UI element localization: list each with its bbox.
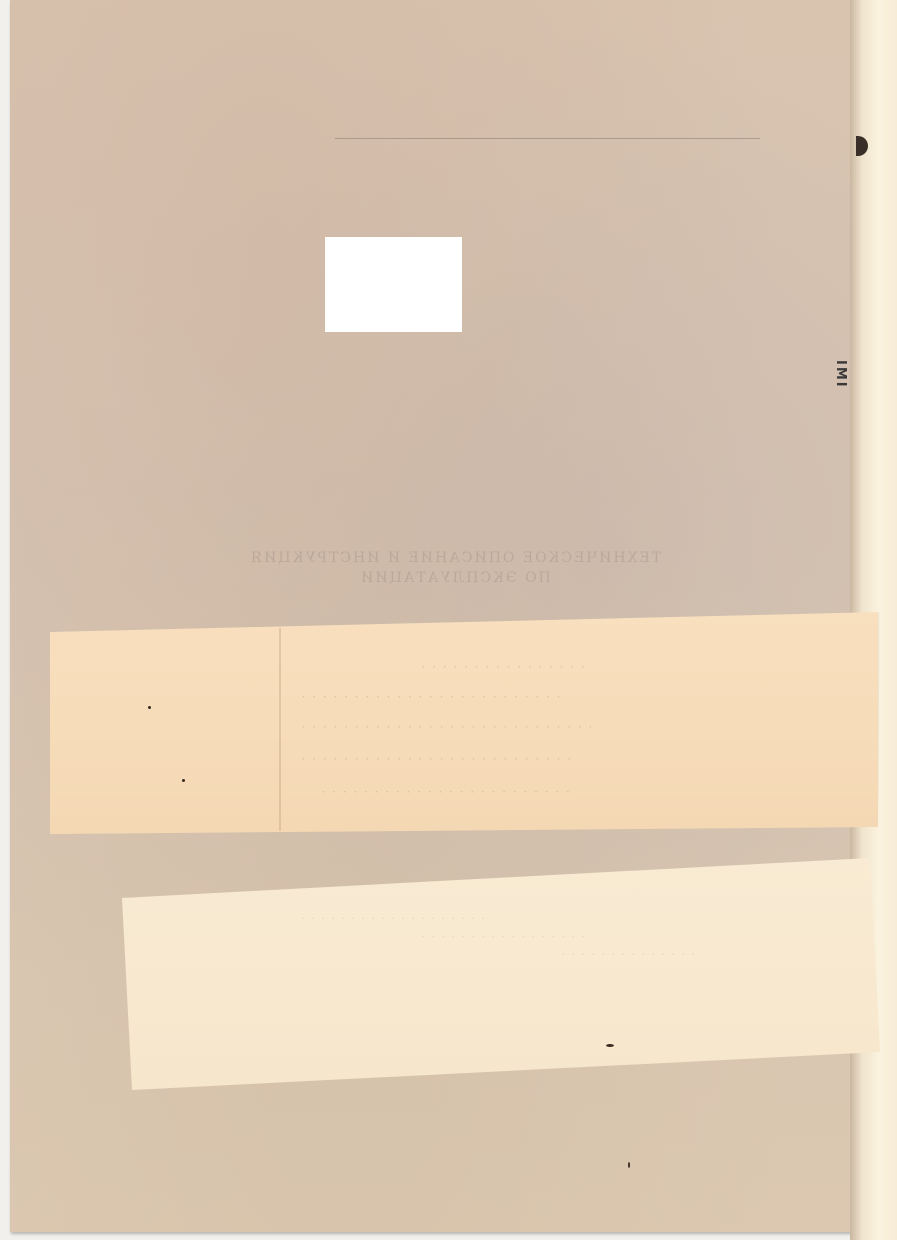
strip2-faint-line: · · · · · · · · · · · · · · [560, 948, 695, 961]
faint-rule-line [335, 138, 760, 139]
spine-label: IMI [833, 360, 848, 389]
paper-speck [606, 1044, 614, 1047]
pasted-paper-strip-2 [122, 858, 880, 1090]
strip1-faint-line: · · · · · · · · · · · · · · · · · · · · … [320, 785, 570, 799]
strip1-faint-line: · · · · · · · · · · · · · · · · · · · · … [300, 752, 571, 766]
strip1-faint-line: · · · · · · · · · · · · · · · · · · · · … [300, 720, 592, 734]
paper-speck [628, 1162, 630, 1168]
bleed-through-title: ТЕХНИЧЕСКОЕ ОПИСАНИЕ И ИНСТРУКЦИЯ [190, 550, 720, 566]
bleed-through-subtitle: ПО ЭКСПЛУАТАЦИИ [190, 570, 720, 586]
strip1-faint-line: · · · · · · · · · · · · · · · · [420, 660, 585, 674]
strip2-faint-line: · · · · · · · · · · · · · · · · · · · [300, 912, 485, 925]
paper-speck [182, 779, 185, 782]
strip-fold-line [279, 628, 281, 831]
strip1-faint-line: · · · · · · · · · · · · · · · · · · · · … [300, 690, 560, 704]
strip2-faint-line: · · · · · · · · · · · · · · · · · [420, 930, 585, 943]
paper-speck [148, 706, 151, 709]
redaction-box [325, 237, 462, 332]
